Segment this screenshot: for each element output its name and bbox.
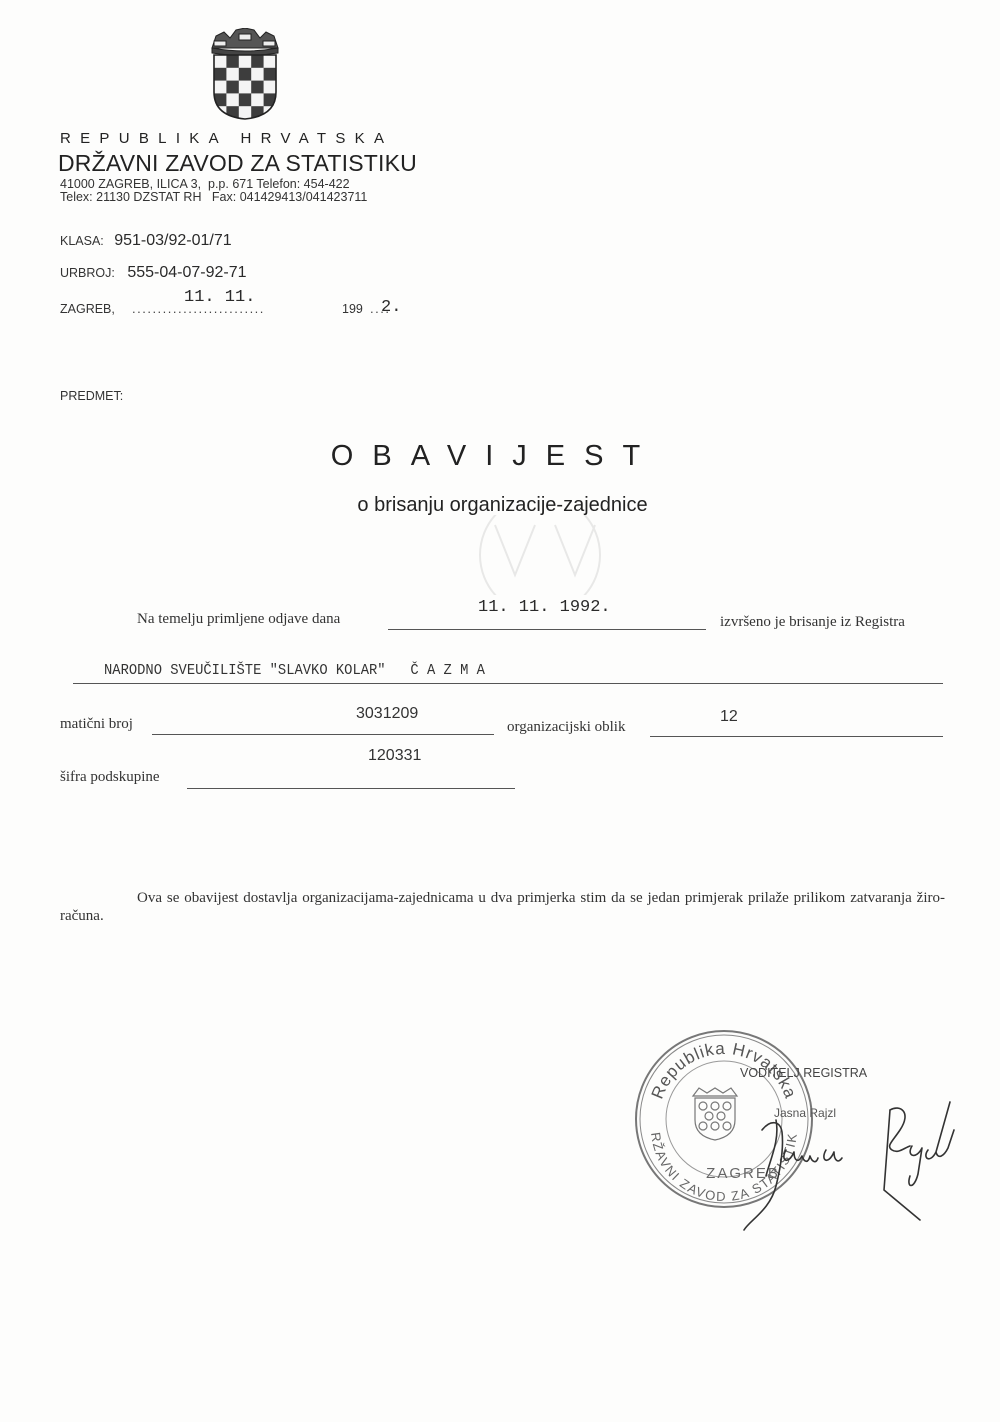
organization-line: [73, 683, 943, 684]
sifra-label: šifra podskupine: [60, 769, 160, 786]
place-label: ZAGREB,: [60, 302, 115, 316]
document-title: OBAVIJEST: [0, 440, 990, 473]
klasa-row: KLASA: 951-03/92-01/71: [60, 232, 232, 250]
country-name: REPUBLIKA HRVATSKA: [60, 130, 393, 147]
signer-title: VODITELJ REGISTRA: [740, 1066, 867, 1080]
klasa-label: KLASA:: [60, 234, 104, 248]
klasa-value: 951-03/92-01/71: [114, 232, 231, 249]
year-prefix: 199: [342, 302, 363, 316]
oblik-label: organizacijski oblik: [507, 719, 625, 736]
maticni-line: [152, 734, 494, 735]
handwritten-signature: [740, 1090, 970, 1240]
oblik-value: 12: [720, 708, 738, 726]
institution-address: 41000 ZAGREB, ILICA 3, p.p. 671 Telefon:…: [60, 178, 367, 204]
maticni-value: 3031209: [356, 705, 418, 723]
urbroj-row: URBROJ: 555-04-07-92-71: [60, 264, 247, 282]
maticni-label: matični broj: [60, 716, 133, 733]
croatian-coat-of-arms-icon: [208, 28, 282, 120]
institution-name: DRŽAVNI ZAVOD ZA STATISTIKU: [58, 150, 417, 177]
notice-text: Ova se obavijest dostavlja organizacijam…: [60, 889, 945, 925]
date-typed: 11. 11.: [184, 288, 255, 307]
urbroj-label: URBROJ:: [60, 266, 115, 280]
document-subtitle: o brisanju organizacije-zajednice: [0, 494, 1000, 517]
oblik-line: [650, 736, 943, 737]
odjava-date-value: 11. 11. 1992.: [478, 598, 611, 617]
address-line-1: 41000 ZAGREB, ILICA 3, p.p. 671 Telefon:…: [60, 177, 350, 191]
organization-name: NARODNO SVEUČILIŠTE "SLAVKO KOLAR" Č A Z…: [104, 662, 485, 679]
year-typed: 2.: [381, 298, 401, 317]
address-line-2: Telex: 21130 DZSTAT RH Fax: 041429413/04…: [60, 190, 367, 204]
intro-label: Na temelju primljene odjave dana: [137, 611, 340, 628]
urbroj-value: 555-04-07-92-71: [127, 264, 246, 281]
predmet-label: PREDMET:: [60, 389, 123, 403]
sifra-line: [187, 788, 515, 789]
odjava-date-line: [388, 629, 706, 630]
intro-suffix: izvršeno je brisanje iz Registra: [720, 614, 905, 631]
faint-seal-mark: [455, 515, 625, 595]
sifra-value: 120331: [368, 747, 421, 765]
